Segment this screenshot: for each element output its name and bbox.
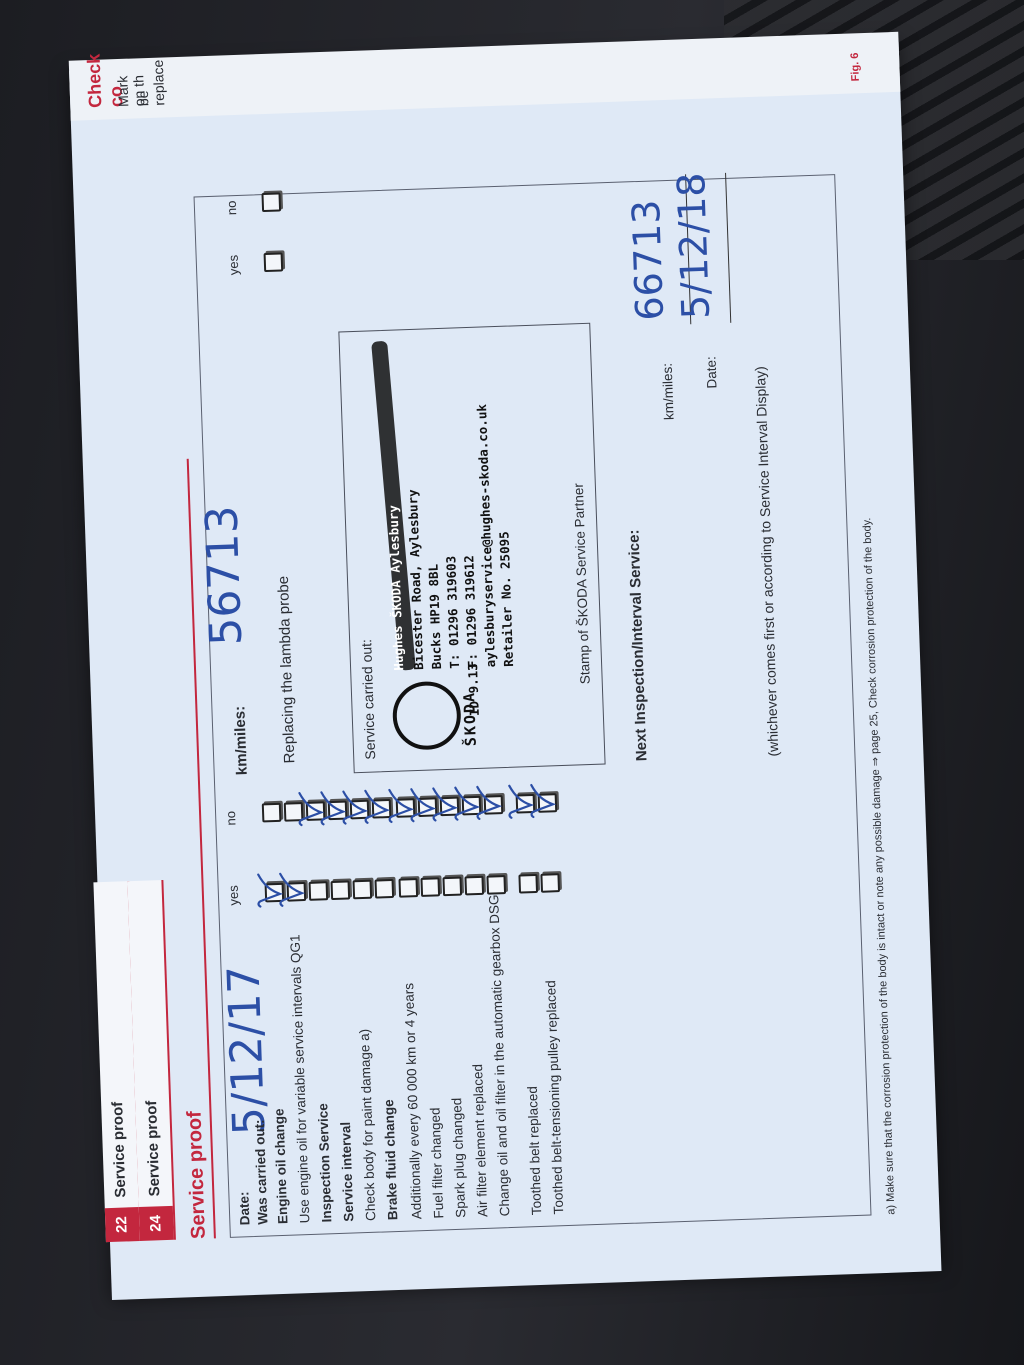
lambda-no-checkbox[interactable] — [261, 192, 281, 212]
next-page-edge — [69, 32, 901, 121]
lambda-yes-checkbox[interactable] — [264, 252, 284, 272]
stamp-caption: Stamp of ŠKODA Service Partner — [571, 483, 593, 684]
stamp-line: Bucks HP19 8BL — [426, 564, 445, 670]
tab-label: Service proof — [109, 1102, 129, 1198]
stamp-line: F: 01296 319612 — [461, 555, 480, 668]
figure-label: Fig. 6 — [849, 52, 862, 81]
next-page-text: be replace — [134, 59, 168, 106]
next-km-handwritten: 66713 — [624, 199, 672, 321]
checkbox-yes[interactable] — [442, 877, 462, 897]
tick-mark-icon — [474, 784, 509, 821]
checkbox-yes[interactable] — [518, 874, 538, 894]
tab-number: 24 — [139, 1206, 174, 1241]
checkbox-yes[interactable] — [398, 878, 418, 898]
date-label: Date: — [236, 1191, 252, 1225]
no-column-header: no — [223, 811, 238, 826]
lambda-no-label: no — [224, 200, 239, 215]
stamp-line: Retailer No. 25095 — [496, 531, 516, 667]
checkbox-yes[interactable] — [420, 877, 440, 897]
yes-column-header: yes — [226, 885, 242, 906]
tick-mark-icon — [528, 782, 563, 819]
service-carried-out-box: Service carried out: ŠKODA Hughes ŠKODA … — [338, 323, 605, 774]
checkbox-no[interactable] — [262, 803, 282, 823]
checkbox-yes[interactable] — [464, 876, 484, 896]
mileage-label: km/miles: — [231, 706, 250, 776]
checkbox-yes[interactable] — [486, 875, 506, 895]
checkbox-yes[interactable] — [309, 881, 329, 901]
checkbox-yes[interactable] — [374, 879, 394, 899]
next-date-label: Date: — [703, 356, 719, 389]
mileage-handwritten: 56713 — [196, 505, 252, 647]
service-book-page: 22Service proof 24Service proof Service … — [69, 42, 941, 1300]
stamp-id: ID 9.13 — [465, 663, 482, 716]
service-date-handwritten: 5/12/17 — [218, 965, 275, 1136]
tab-number: 22 — [105, 1207, 140, 1242]
lambda-yes-label: yes — [226, 255, 242, 276]
stamp-line: T: 01296 319603 — [443, 556, 462, 669]
skoda-logo-icon — [392, 680, 462, 750]
dealer-stamp: ŠKODA Hughes ŠKODA Aylesbury Bicester Ro… — [378, 345, 572, 751]
next-date-handwritten: 5/12/18 — [669, 172, 718, 320]
checkbox-yes[interactable] — [353, 880, 373, 900]
checkbox-yes[interactable] — [331, 880, 351, 900]
tab-label: Service proof — [143, 1100, 163, 1196]
tick-mark-icon — [277, 871, 312, 908]
service-carried-out-label: Service carried out: — [358, 639, 378, 760]
next-km-label: km/miles: — [660, 363, 677, 420]
checkbox-yes[interactable] — [540, 873, 560, 893]
